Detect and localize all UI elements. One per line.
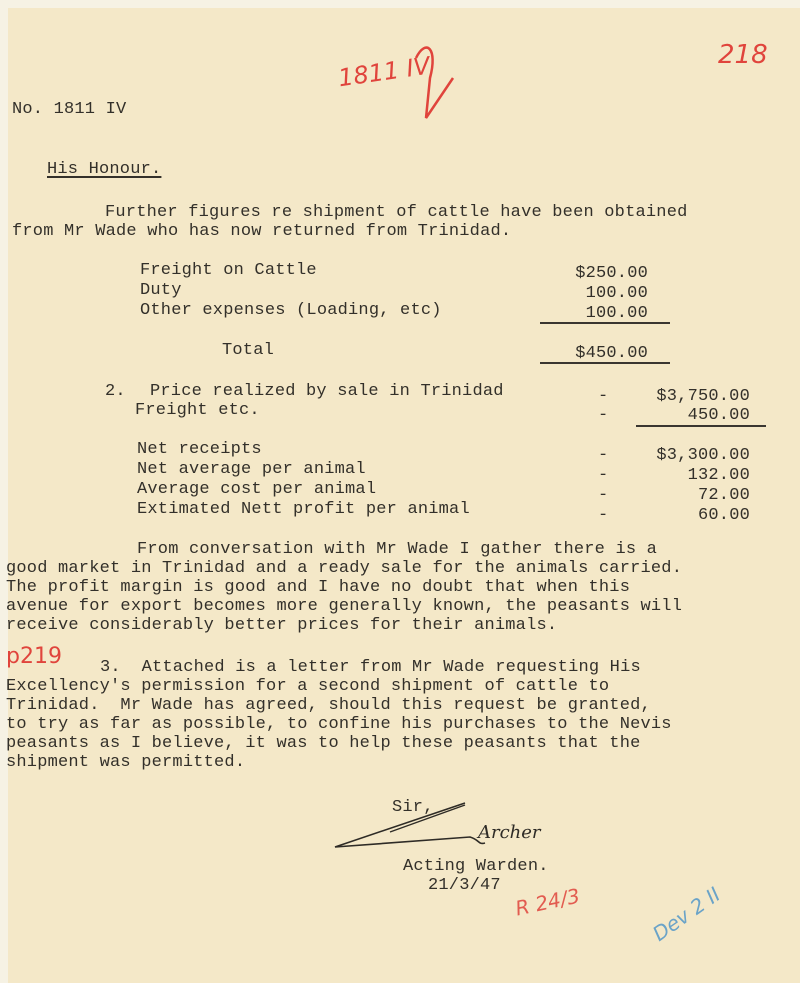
- result-dash: -: [598, 446, 608, 466]
- result-dash: -: [598, 506, 608, 526]
- file-number: No. 1811 IV: [12, 100, 126, 120]
- result-dash: -: [598, 466, 608, 486]
- result-label: Average cost per animal: [137, 480, 376, 500]
- paragraph-line: Excellency's permission for a second shi…: [6, 677, 609, 697]
- paragraph-line: good market in Trinidad and a ready sale…: [6, 559, 682, 579]
- intro-line: from Mr Wade who has now returned from T…: [12, 222, 511, 242]
- row-dash: -: [598, 387, 608, 407]
- result-dash: -: [598, 486, 608, 506]
- closing-date: 21/3/47: [428, 876, 501, 896]
- row-value: 450.00: [620, 406, 750, 426]
- signature: Archer: [478, 822, 541, 843]
- row-label: Price realized by sale in Trinidad: [150, 382, 504, 402]
- total-value: $450.00: [520, 344, 648, 364]
- salutation: His Honour.: [47, 160, 161, 180]
- paragraph-line: 3. Attached is a letter from Mr Wade req…: [100, 658, 641, 678]
- result-value: 132.00: [620, 466, 750, 486]
- result-value: 60.00: [620, 506, 750, 526]
- row-dash: -: [598, 406, 608, 426]
- result-label: Net receipts: [137, 440, 262, 460]
- section-number: 2.: [105, 382, 126, 402]
- row-value: $3,750.00: [620, 387, 750, 407]
- paragraph-line: Trinidad. Mr Wade has agreed, should thi…: [6, 696, 651, 716]
- paragraph-line: peasants as I believe, it was to help th…: [6, 734, 641, 754]
- cost-value: 100.00: [520, 284, 648, 304]
- cost-label: Freight on Cattle: [140, 261, 317, 281]
- paragraph-line: avenue for export becomes more generally…: [6, 597, 682, 617]
- total-label: Total: [222, 341, 274, 361]
- paragraph-line: From conversation with Mr Wade I gather …: [137, 540, 657, 560]
- result-value: 72.00: [620, 486, 750, 506]
- cost-value: 100.00: [520, 304, 648, 324]
- checkmark-icon: [408, 38, 458, 128]
- paragraph-line: to try as far as possible, to confine hi…: [6, 715, 672, 735]
- subtotal-rule: [540, 322, 670, 324]
- total-rule: [540, 362, 670, 364]
- cost-label: Duty: [140, 281, 182, 301]
- net-rule: [636, 425, 766, 427]
- margin-note: p219: [6, 644, 62, 669]
- paragraph-line: receive considerably better prices for t…: [6, 616, 557, 636]
- result-label: Net average per animal: [137, 460, 366, 480]
- page-number: 218: [718, 40, 768, 70]
- paragraph-line: The profit margin is good and I have no …: [6, 578, 630, 598]
- result-value: $3,300.00: [620, 446, 750, 466]
- cost-label: Other expenses (Loading, etc): [140, 301, 442, 321]
- paragraph-line: shipment was permitted.: [6, 753, 245, 773]
- row-label: Freight etc.: [135, 401, 260, 421]
- intro-line: Further figures re shipment of cattle ha…: [105, 203, 688, 223]
- cost-value: $250.00: [520, 264, 648, 284]
- closing-title: Acting Warden.: [403, 857, 549, 877]
- result-label: Extimated Nett profit per animal: [137, 500, 470, 520]
